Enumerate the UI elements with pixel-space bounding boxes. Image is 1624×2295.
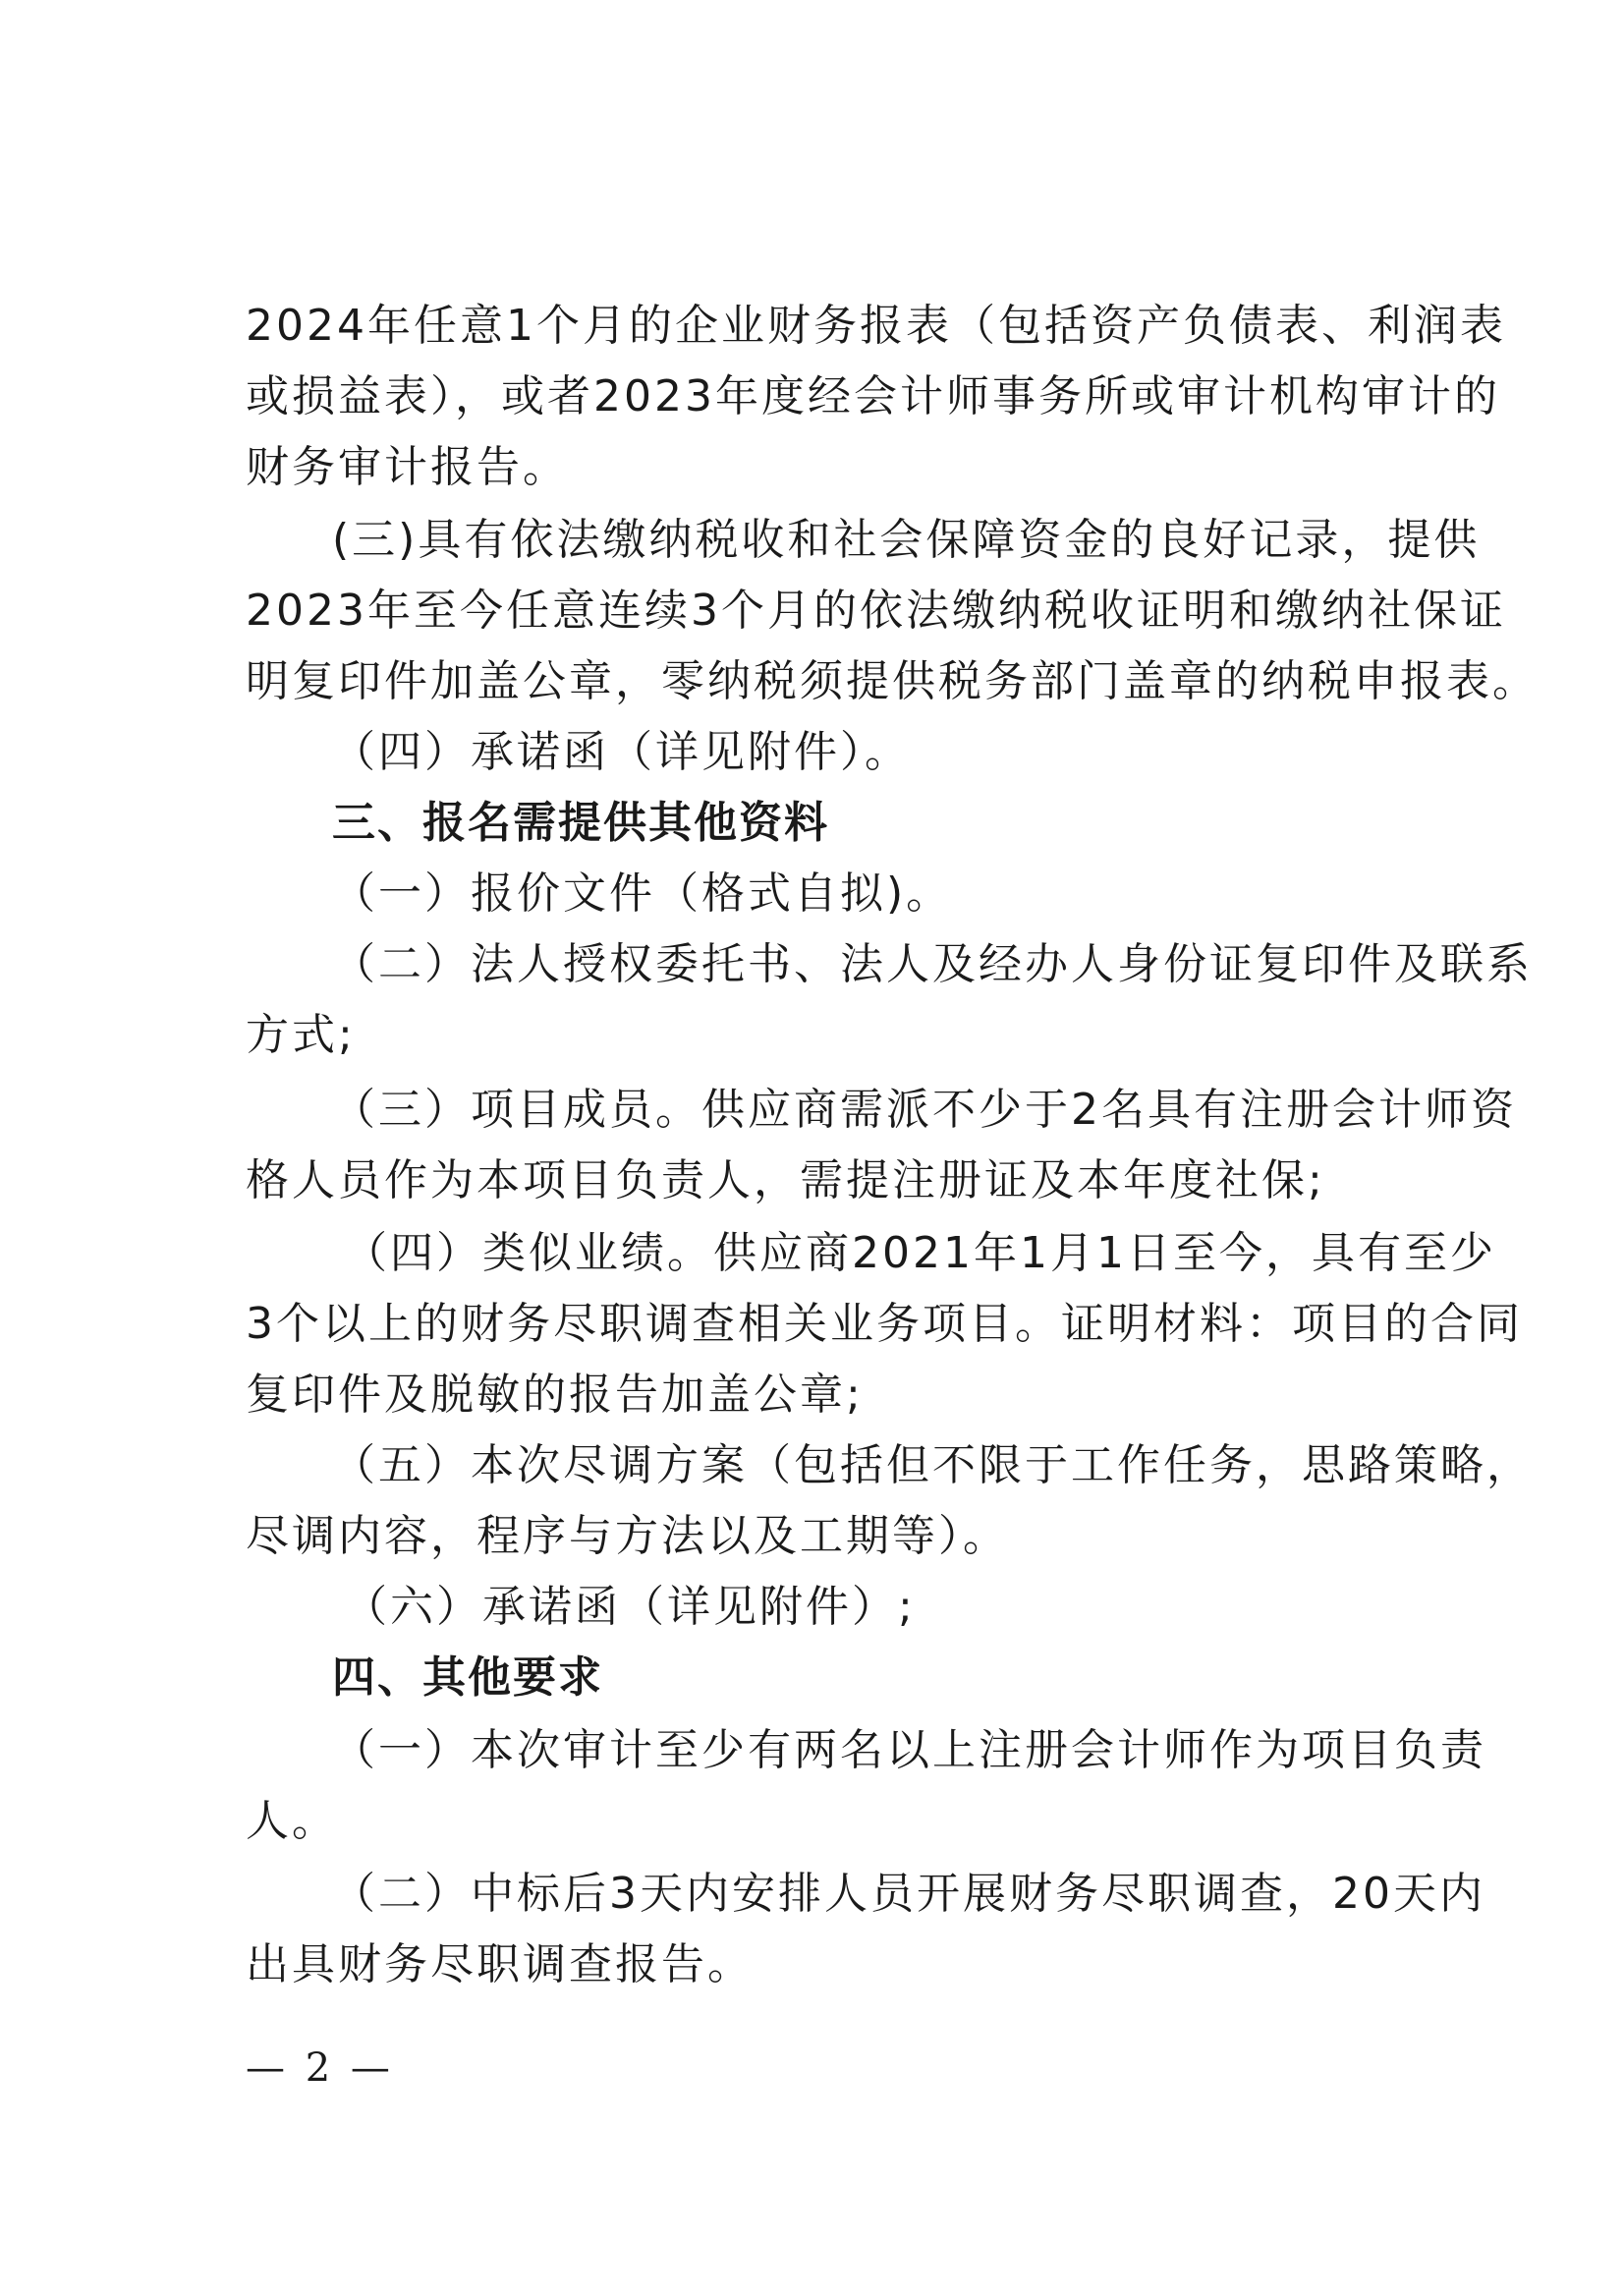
text-line-6: 明复印件加盖公章，零纳税须提供税务部门盖章的纳税申报表。 (246, 652, 1456, 711)
section3-item-1-quotation: （一）报价文件（格式自拟)。 (332, 865, 952, 924)
page-number: — 2 — (246, 2043, 394, 2093)
text-line-24: 出具财务尽职调查报告。 (246, 1935, 754, 1994)
section3-item-5-plan: （五）本次尽调方案（包括但不限于工作任务，思路策略， (332, 1436, 1456, 1495)
section-heading-4: 四、其他要求 (332, 1649, 603, 1707)
section3-item-4-performance: （四）类似业绩。供应商2021年1月1日至今，具有至少 (344, 1224, 1456, 1283)
text-line-13: 格人员作为本项目负责人，需提注册证及本年度社保; (246, 1151, 1325, 1210)
text-line-11: 方式; (246, 1006, 356, 1065)
section4-item-1-cpa: （一）本次审计至少有两名以上注册会计师作为项目负责 (332, 1721, 1456, 1780)
text-line-15: 3个以上的财务尽职调查相关业务项目。证明材料：项目的合同 (246, 1295, 1456, 1354)
section3-item-6-commitment: （六）承诺函（详见附件）; (344, 1578, 916, 1637)
text-line-3: 财务审计报告。 (246, 438, 569, 497)
section3-item-3-members: （三）项目成员。供应商需派不少于2名具有注册会计师资 (332, 1081, 1456, 1140)
section3-item-2-authorization: （二）法人授权委托书、法人及经办人身份证复印件及联系 (332, 935, 1456, 994)
text-line-1: 2024年任意1个月的企业财务报表（包括资产负债表、利润表 (246, 297, 1456, 356)
text-line-22: 人。 (246, 1792, 338, 1851)
text-line-16: 复印件及脱敏的报告加盖公章; (246, 1366, 864, 1425)
text-line-5: 2023年至今任意连续3个月的依法缴纳税收证明和缴纳社保证 (246, 582, 1456, 641)
section-heading-3: 三、报名需提供其他资料 (332, 794, 829, 853)
item-3-tax-records: (三)具有依法缴纳税收和社会保障资金的良好记录，提供 (332, 511, 1456, 570)
section4-item-2-schedule: （二）中标后3天内安排人员开展财务尽职调查，20天内 (332, 1865, 1456, 1924)
text-line-18: 尽调内容，程序与方法以及工期等）。 (246, 1507, 1009, 1566)
item-4-commitment-letter: （四）承诺函（详见附件）。 (332, 723, 911, 782)
text-line-2: 或损益表），或者2023年度经会计师事务所或审计机构审计的 (246, 367, 1456, 426)
